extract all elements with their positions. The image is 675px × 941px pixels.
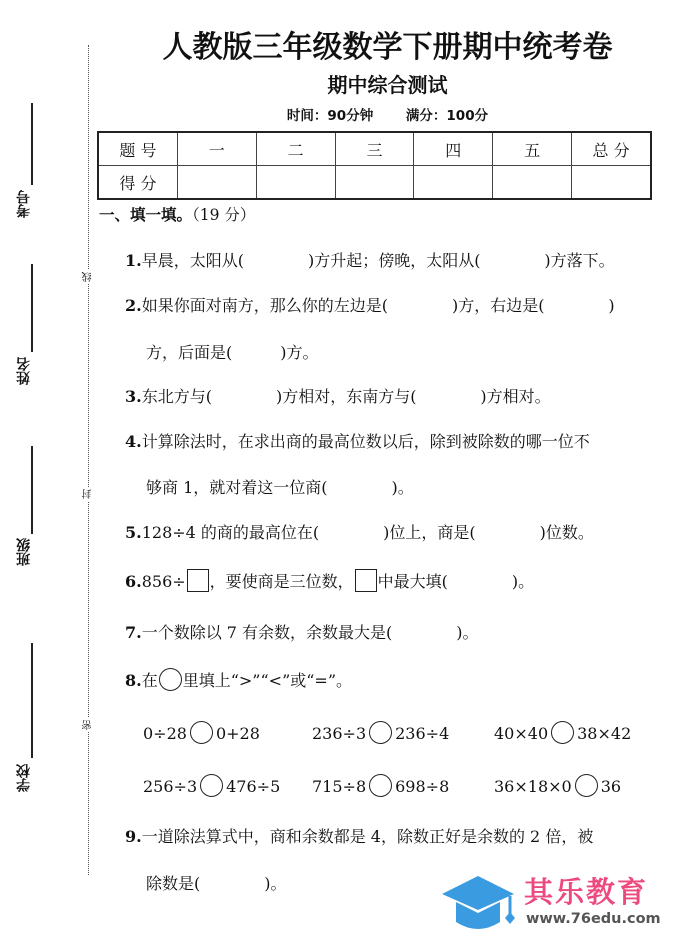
question-number: 9. xyxy=(125,827,142,846)
comparison-item: 256÷3476÷5 xyxy=(143,774,280,797)
question-2: 2.如果你面对南方，那么你的左边是( )方，右边是( ) xyxy=(125,293,615,316)
question-number: 2. xyxy=(125,296,142,315)
comparison-left: 36×18×0 xyxy=(494,777,572,796)
question-number: 7. xyxy=(125,623,142,642)
school-line[interactable] xyxy=(31,643,33,758)
comparison-right: 476÷5 xyxy=(226,777,280,796)
comparison-item: 236÷3236÷4 xyxy=(312,721,449,744)
exam-number-line[interactable] xyxy=(31,103,33,185)
table-header-cell: 题 号 xyxy=(98,132,177,166)
exam-number-label: 考号 xyxy=(14,190,34,218)
score-table: 题 号 一 二 三 四 五 总 分 得 分 xyxy=(97,131,652,200)
comparison-right: 236÷4 xyxy=(395,724,449,743)
question-text: 东北方与( )方相对，东南方与( )方相对。 xyxy=(142,387,551,406)
binding-dotted-line xyxy=(88,45,89,875)
comparison-left: 0÷28 xyxy=(143,724,187,743)
section-points: （19 分） xyxy=(192,206,255,224)
question-7: 7.一个数除以 7 有余数，余数最大是( )。 xyxy=(125,620,479,643)
question-text: 一道除法算式中，商和余数都是 4，除数正好是余数的 2 倍，被 xyxy=(142,827,594,846)
comparison-left: 40×40 xyxy=(494,724,548,743)
page-subtitle: 期中综合测试 xyxy=(100,69,675,98)
comparison-right: 698÷8 xyxy=(395,777,449,796)
answer-box[interactable] xyxy=(355,569,377,592)
question-number: 8. xyxy=(125,671,142,690)
question-text: 如果你面对南方，那么你的左边是( )方，右边是( ) xyxy=(142,296,615,315)
question-5: 5.128÷4 的商的最高位在( )位上，商是( )位数。 xyxy=(125,520,594,543)
answer-box[interactable] xyxy=(187,569,209,592)
seal-mark-xian: 线 xyxy=(81,270,96,284)
question-3: 3.东北方与( )方相对，东南方与( )方相对。 xyxy=(125,384,551,407)
time-limit: 时间：90分钟 xyxy=(287,108,373,124)
comparison-right: 36 xyxy=(601,777,621,796)
comparison-item: 36×18×036 xyxy=(494,774,621,797)
question-4-continued: 够商 1，就对着这一位商( )。 xyxy=(146,475,414,498)
name-label: 姓名 xyxy=(14,357,34,385)
compare-circle-input[interactable] xyxy=(551,721,574,744)
question-9-continued: 除数是( )。 xyxy=(146,871,287,894)
section-heading: 一、填一填。（19 分） xyxy=(99,203,255,225)
score-cell[interactable] xyxy=(572,166,651,200)
question-text: 中最大填( )。 xyxy=(378,572,535,591)
table-row: 得 分 xyxy=(98,166,651,200)
compare-circle-input[interactable] xyxy=(190,721,213,744)
score-cell[interactable] xyxy=(493,166,572,200)
question-number: 3. xyxy=(125,387,142,406)
question-text: 856÷ xyxy=(142,572,186,591)
comparison-left: 256÷3 xyxy=(143,777,197,796)
section-title: 一、填一填。 xyxy=(99,206,192,224)
comparison-item: 715÷8698÷8 xyxy=(312,774,449,797)
compare-circle-input[interactable] xyxy=(369,721,392,744)
exam-info: 时间：90分钟 满分：100分 xyxy=(100,104,675,124)
seal-mark-feng: 封 xyxy=(81,487,96,501)
watermark-logo: 其乐教育 www.76edu.com xyxy=(440,868,672,934)
comparison-item: 40×4038×42 xyxy=(494,721,631,744)
question-1: 1.早晨，太阳从( )方升起；傍晚，太阳从( )方落下。 xyxy=(125,248,615,271)
page-title: 人教版三年级数学下册期中统考卷 xyxy=(100,22,675,66)
comparison-left: 715÷8 xyxy=(312,777,366,796)
comparison-left: 236÷3 xyxy=(312,724,366,743)
question-text: 128÷4 的商的最高位在( )位上，商是( )位数。 xyxy=(142,523,594,542)
score-cell[interactable] xyxy=(177,166,256,200)
question-number: 5. xyxy=(125,523,142,542)
full-score: 满分：100分 xyxy=(406,108,488,124)
compare-circle-input[interactable] xyxy=(200,774,223,797)
question-number: 4. xyxy=(125,432,142,451)
seal-mark-mi: 密 xyxy=(81,718,96,732)
question-4: 4.计算除法时，在求出商的最高位数以后，除到被除数的哪一位不 xyxy=(125,429,590,452)
table-header-cell: 一 xyxy=(177,132,256,166)
compare-circle-input[interactable] xyxy=(369,774,392,797)
question-6: 6.856÷，要使商是三位数，中最大填( )。 xyxy=(125,569,534,592)
table-header-cell: 五 xyxy=(493,132,572,166)
question-number: 1. xyxy=(125,251,142,270)
question-text: 在 xyxy=(142,671,158,690)
question-2-continued: 方，后面是( )方。 xyxy=(146,340,319,363)
table-header-cell: 三 xyxy=(335,132,414,166)
watermark-brand: 其乐教育 xyxy=(524,870,648,911)
table-header-cell: 四 xyxy=(414,132,493,166)
question-text: 早晨，太阳从( )方升起；傍晚，太阳从( )方落下。 xyxy=(142,251,615,270)
question-text: 一个数除以 7 有余数，余数最大是( )。 xyxy=(142,623,479,642)
circle-icon xyxy=(159,668,182,691)
school-label: 学校 xyxy=(14,764,34,792)
question-9: 9.一道除法算式中，商和余数都是 4，除数正好是余数的 2 倍，被 xyxy=(125,824,593,847)
table-header-cell: 二 xyxy=(256,132,335,166)
comparison-right: 38×42 xyxy=(577,724,631,743)
table-row: 题 号 一 二 三 四 五 总 分 xyxy=(98,132,651,166)
score-cell[interactable] xyxy=(256,166,335,200)
name-line[interactable] xyxy=(31,264,33,352)
class-line[interactable] xyxy=(31,446,33,534)
watermark-url: www.76edu.com xyxy=(526,911,661,927)
comparison-right: 0+28 xyxy=(216,724,260,743)
comparison-item: 0÷280+28 xyxy=(143,721,260,744)
question-text: 计算除法时，在求出商的最高位数以后，除到被除数的哪一位不 xyxy=(142,432,590,451)
score-cell[interactable] xyxy=(414,166,493,200)
score-cell[interactable] xyxy=(335,166,414,200)
class-label: 班级 xyxy=(14,538,34,566)
graduation-cap-icon xyxy=(440,868,530,934)
score-row-label: 得 分 xyxy=(98,166,177,200)
question-text: ，要使商是三位数， xyxy=(210,572,354,591)
question-8: 8.在里填上“>”“<”或“=”。 xyxy=(125,668,352,691)
question-number: 6. xyxy=(125,572,142,591)
question-text: 里填上“>”“<”或“=”。 xyxy=(183,671,352,690)
compare-circle-input[interactable] xyxy=(575,774,598,797)
table-header-cell: 总 分 xyxy=(572,132,651,166)
